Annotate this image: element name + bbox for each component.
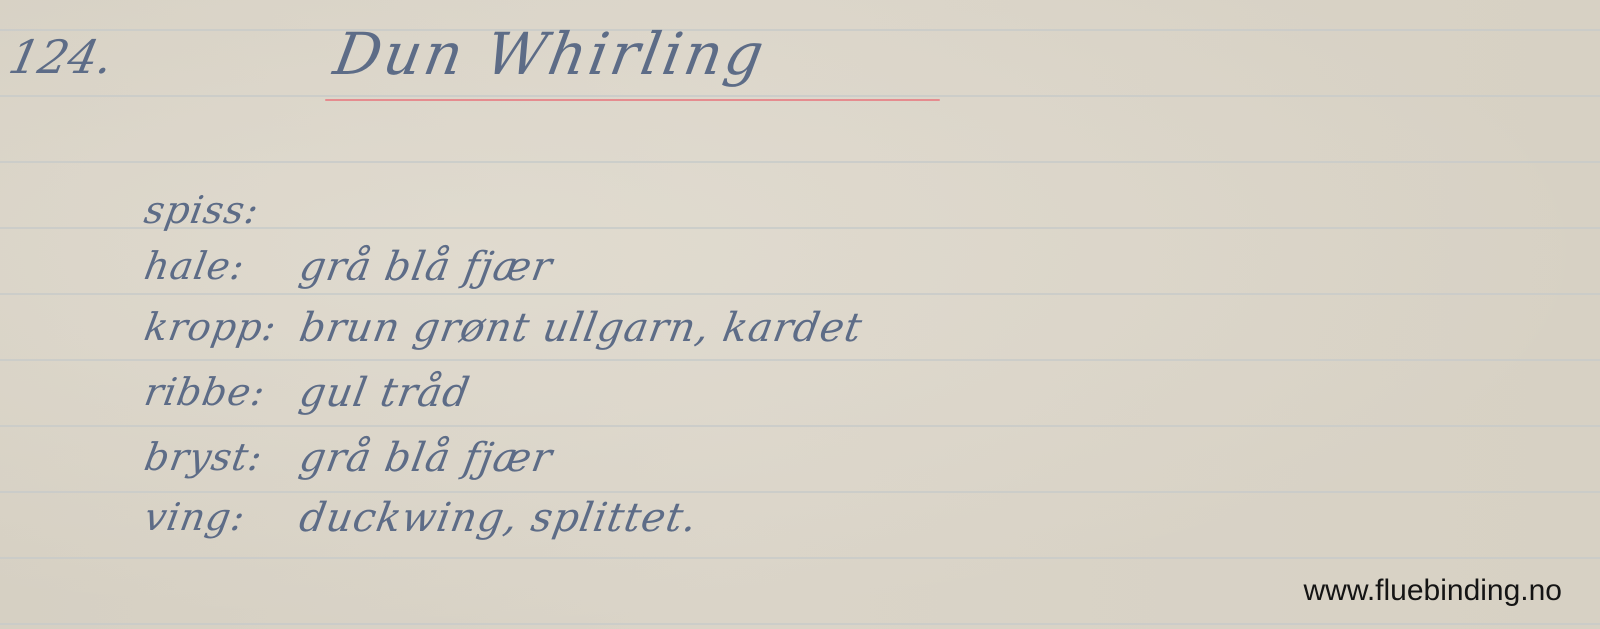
title-underline [325,99,940,101]
ruled-line [0,623,1600,625]
field-value-bryst: grå blå fjær [296,435,556,481]
ruled-line [0,491,1600,493]
ruled-line [0,161,1600,163]
ruled-line [0,557,1600,559]
field-label-spiss: spiss: [141,188,263,232]
field-label-hale: hale: [141,244,248,288]
field-label-bryst: bryst: [141,435,266,479]
field-value-kropp: brun grønt ullgarn, kardet [296,305,866,351]
field-value-ving: duckwing, splittet. [296,495,701,541]
field-label-kropp: kropp: [141,305,280,349]
field-label-ribbe: ribbe: [141,370,269,414]
entry-number: 124. [4,30,118,84]
watermark-link[interactable]: www.fluebinding.no [1303,574,1562,608]
page-title: Dun Whirling [329,20,771,88]
ruled-line [0,425,1600,427]
ruled-line [0,95,1600,97]
ruled-line [0,29,1600,31]
ruled-line [0,293,1600,295]
field-label-ving: ving: [141,495,249,539]
notebook-page: 124. Dun Whirling spiss: hale: grå blå f… [0,0,1600,629]
field-value-hale: grå blå fjær [296,244,556,290]
field-value-ribbe: gul tråd [296,370,474,416]
ruled-line [0,359,1600,361]
